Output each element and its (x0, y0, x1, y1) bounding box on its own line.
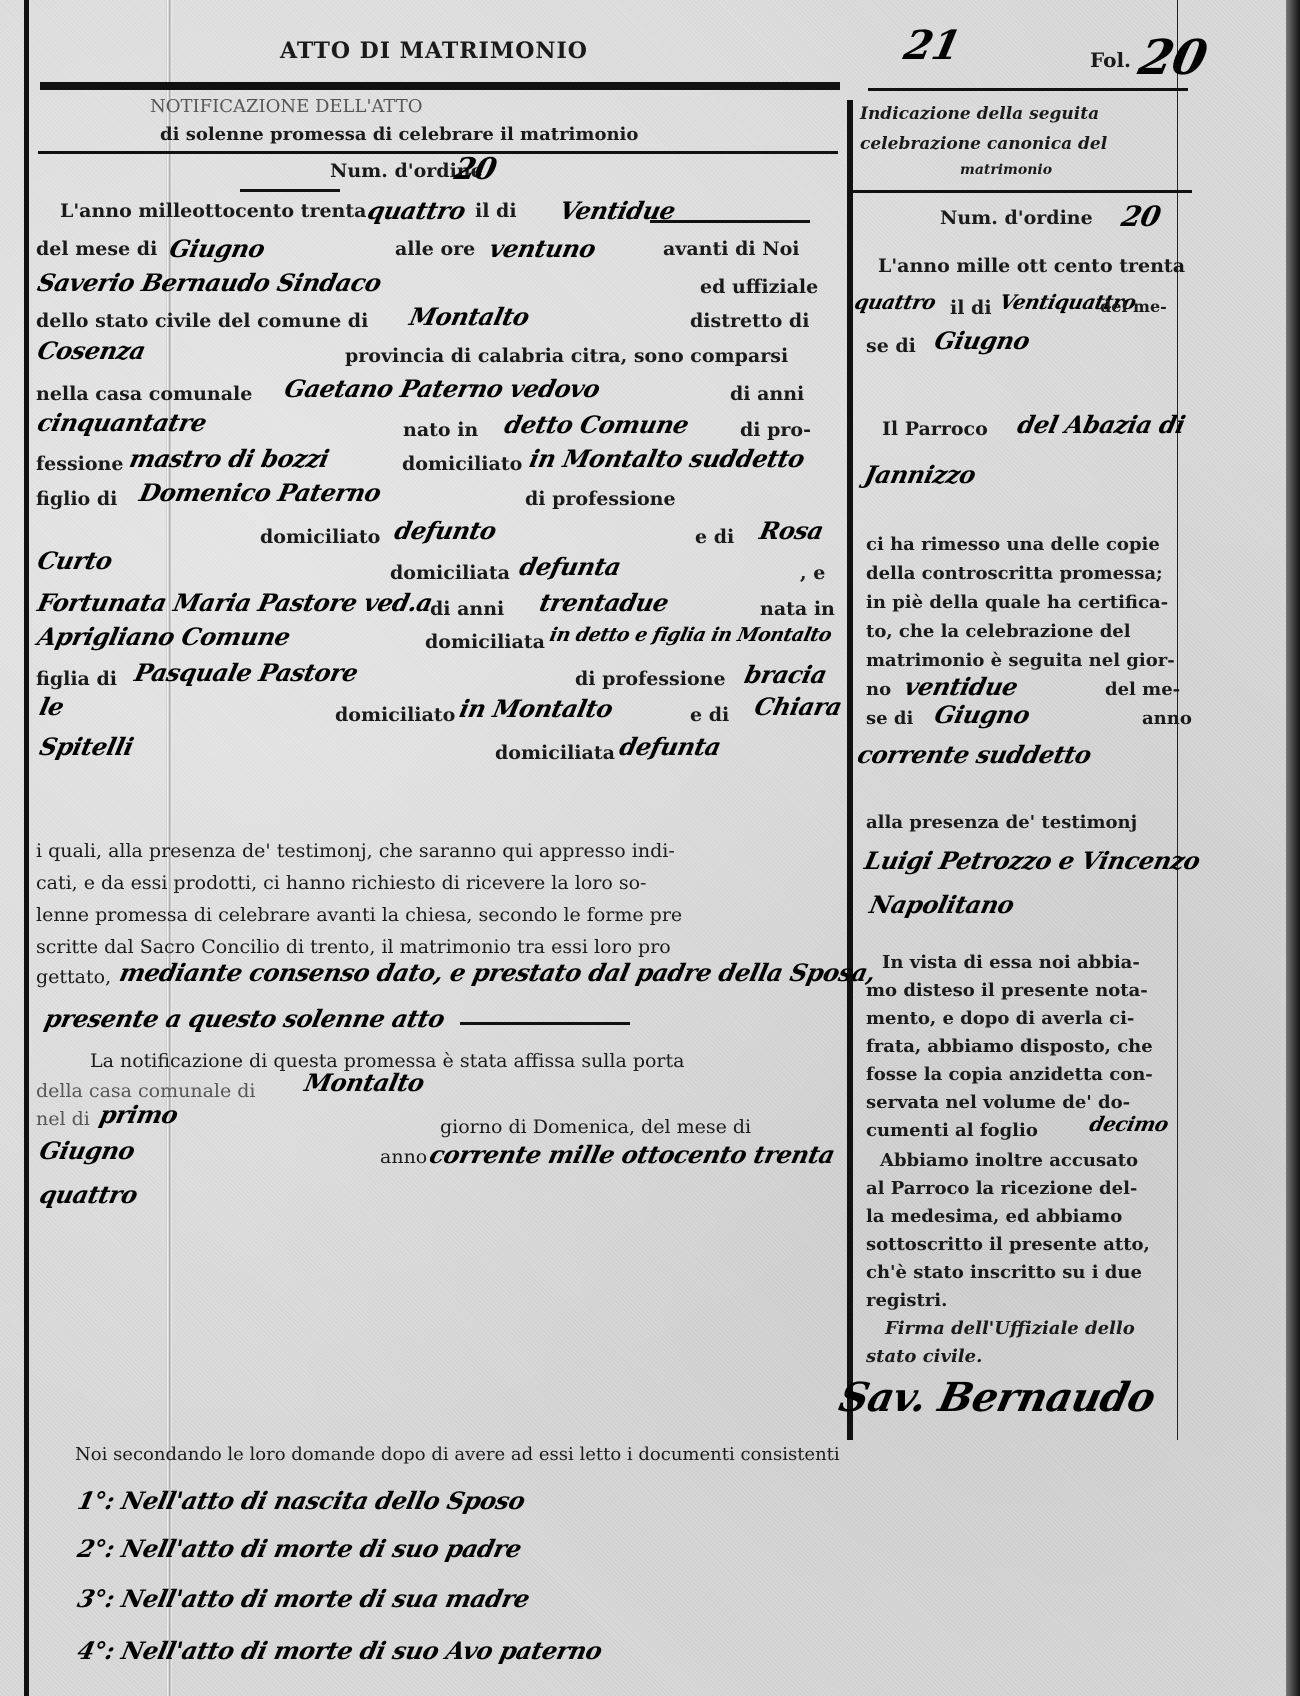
print-text: giorno di Domenica, del mese di (440, 1116, 751, 1138)
print-text: fessione (36, 453, 123, 475)
hand-text: Montalto (407, 302, 532, 331)
print-text: nato in (403, 419, 478, 441)
corner-mark: 21 (900, 22, 965, 69)
paragraph-line: la medesima, ed abbiamo (866, 1206, 1122, 1227)
hand-text: Rosa (757, 516, 826, 545)
hand-text: Curto (35, 546, 115, 575)
hand-text: quattro (37, 1180, 140, 1209)
hand-text: Aprigliano Comune (35, 622, 293, 651)
document-item: 3°: Nell'atto di morte di sua madre (75, 1584, 532, 1613)
hand-text: ventuno (487, 234, 598, 263)
print-text: alle ore (395, 238, 475, 260)
witness-name: Luigi Petrozzo e Vincenzo (862, 846, 1203, 875)
paragraph-line: mento, e dopo di averla ci- (866, 1008, 1134, 1029)
print-text: distretto di (690, 310, 809, 332)
print-text: provincia di calabria citra, sono compar… (345, 345, 788, 367)
print-text: domiciliato (335, 704, 455, 726)
paragraph-line: scritte dal Sacro Concilio di trento, il… (36, 936, 671, 958)
print-text: e di (690, 704, 729, 726)
hand-text: in Montalto suddetto (527, 444, 807, 473)
print-text: se di (866, 335, 916, 357)
right-header-rule (852, 190, 1192, 193)
hand-text: defunto (392, 516, 499, 545)
hand-text: decimo (1087, 1112, 1170, 1136)
print-text: di pro- (740, 419, 811, 441)
page-right-edge (1286, 0, 1300, 1696)
print-text: ed uffiziale (700, 276, 818, 298)
print-text: se di (866, 708, 913, 729)
paragraph-line: della controscritta promessa; (866, 563, 1163, 584)
hand-text: Domenico Paterno (137, 478, 384, 507)
hand-text: Pasquale Pastore (132, 658, 361, 687)
print-text: di anni (730, 383, 804, 405)
right-header-line: matrimonio (960, 162, 1052, 178)
document-item: 1°: Nell'atto di nascita dello Sposo (75, 1486, 528, 1515)
hand-text: Giugno (932, 700, 1032, 729)
hand-text: presente a questo solenne atto (42, 1004, 447, 1033)
print-text: anno (380, 1146, 427, 1168)
paragraph-line: servata nel volume de' do- (866, 1092, 1130, 1113)
print-text: di professione (575, 668, 726, 690)
hand-text: quattro (852, 290, 937, 314)
print-text: e di (695, 526, 734, 548)
print-text: domiciliato (402, 453, 522, 475)
print-text: L'anno milleottocento trenta (60, 200, 366, 222)
hand-text: defunta (617, 732, 724, 761)
paragraph-line: fosse la copia anzidetta con- (866, 1064, 1153, 1085)
paragraph-line: ci ha rimesso una delle copie (866, 534, 1160, 555)
folio-label: Fol. (1090, 48, 1131, 72)
paragraph-line: matrimonio è seguita nel gior- (866, 650, 1175, 671)
print-text: nata in (760, 598, 835, 620)
hand-text: quattro (365, 196, 468, 225)
paragraph-line: registri. (866, 1290, 947, 1311)
fill-dash (650, 220, 810, 223)
right-header-line: Indicazione della seguita (860, 104, 1099, 124)
paragraph-line: lenne promessa di celebrare avanti la ch… (36, 904, 682, 926)
print-text: nella casa comunale (36, 383, 252, 405)
hand-text: Giugno (167, 234, 267, 263)
print-text: dello stato civile del comune di (36, 310, 368, 332)
signature-label: stato civile. (866, 1346, 982, 1367)
paragraph-line: sottoscritto il presente atto, (866, 1234, 1150, 1255)
paragraph-line: in piè della quale ha certifica- (866, 592, 1168, 613)
hand-text: defunta (517, 552, 624, 581)
signature-label: Firma dell'Uffiziale dello (885, 1318, 1135, 1339)
folio-number: 20 (1134, 30, 1212, 86)
hand-text: primo (97, 1100, 181, 1129)
print-text: Il Parroco (882, 418, 988, 440)
print-text: il di (950, 297, 992, 319)
document-item: 2°: Nell'atto di morte di suo padre (75, 1534, 524, 1563)
print-text: figlio di (36, 488, 117, 510)
paragraph-line: cumenti al foglio (866, 1120, 1038, 1141)
header-rule (40, 82, 840, 90)
hand-text: in detto e figlia in Montalto (548, 624, 834, 646)
hand-text: Spitelli (37, 732, 136, 761)
documents-intro: Noi secondando le loro domande dopo di a… (75, 1444, 840, 1465)
hand-text: Giugno (932, 326, 1032, 355)
hand-text: Jannizzo (862, 460, 978, 489)
right-order-number: 20 (1118, 200, 1163, 233)
column-divider (847, 100, 853, 1440)
print-text: anno (1142, 708, 1192, 729)
hand-text: Saverio Bernaudo Sindaco (35, 268, 384, 297)
paragraph-line: mo disteso il presente nota- (866, 980, 1148, 1001)
print-text: avanti di Noi (663, 238, 799, 260)
hand-text: ventidue (902, 672, 1021, 701)
hand-text: corrente suddetto (855, 740, 1094, 769)
register-page: ATTO DI MATRIMONIO 21 Fol. 20 NOTIFICAZI… (0, 0, 1300, 1696)
paragraph-line: i quali, alla presenza de' testimonj, ch… (36, 840, 675, 862)
order-number: 20 (451, 152, 499, 187)
paragraph-line: In vista di essa noi abbia- (882, 952, 1140, 973)
paragraph-line: ch'è stato inscritto su i due (866, 1262, 1142, 1283)
hand-text: le (37, 692, 67, 721)
print-text: del me- (1105, 679, 1180, 700)
subtitle-faded: NOTIFICAZIONE DELL'ATTO (150, 96, 423, 117)
print-text: di professione (525, 488, 676, 510)
paragraph-line: frata, abbiamo disposto, che (866, 1036, 1153, 1057)
hand-text: bracia (742, 660, 829, 689)
subtitle-rule (38, 151, 838, 154)
act-title: ATTO DI MATRIMONIO (280, 38, 588, 64)
hand-text: Giugno (37, 1136, 137, 1165)
print-text: domiciliato (260, 526, 380, 548)
print-text: del me- (1100, 297, 1167, 316)
witness-label: alla presenza de' testimonj (866, 812, 1137, 833)
right-header-line: celebrazione canonica del (860, 134, 1107, 154)
page-binding-edge (24, 0, 29, 1696)
paragraph-line: cati, e da essi prodotti, ci hanno richi… (36, 872, 646, 894)
hand-text: Chiara (752, 692, 845, 721)
print-text: nel di (36, 1108, 90, 1130)
act-subtitle: di solenne promessa di celebrare il matr… (160, 124, 638, 145)
hand-text: del Abazia di (1015, 410, 1188, 439)
print-text: della casa comunale di (36, 1080, 256, 1102)
hand-text: mediante consenso dato, e prestato dal p… (117, 958, 878, 987)
right-order-label: Num. d'ordine (940, 207, 1093, 229)
print-text: no (866, 679, 891, 700)
hand-text: Gaetano Paterno vedovo (282, 374, 603, 403)
ornament-dash (240, 189, 340, 192)
paragraph-line: al Parroco la ricezione del- (866, 1178, 1137, 1199)
official-signature: Sav. Bernaudo (835, 1374, 1159, 1421)
hand-text: trentadue (537, 588, 671, 617)
hand-text: in Montalto (457, 694, 615, 723)
hand-text: Cosenza (35, 336, 148, 365)
hand-text: corrente mille ottocento trenta (427, 1140, 837, 1169)
print-text: domiciliata (425, 631, 545, 653)
hand-text: Fortunata Maria Pastore ved.a (35, 588, 435, 617)
hand-text: mastro di bozzi (127, 444, 332, 473)
witness-name: Napolitano (867, 890, 1017, 919)
print-text: domiciliata (495, 742, 615, 764)
document-item: 4°: Nell'atto di morte di suo Avo patern… (75, 1636, 605, 1665)
print-text: , e (800, 562, 825, 584)
hand-text: detto Comune (502, 410, 691, 439)
hand-text: Montalto (302, 1068, 427, 1097)
print-text: L'anno mille ott cento trenta (878, 255, 1185, 277)
print-text: di anni (430, 598, 504, 620)
fill-dash (460, 1022, 630, 1025)
print-text: del mese di (36, 238, 157, 260)
print-text: domiciliata (390, 562, 510, 584)
hand-text: cinquantatre (35, 408, 209, 437)
right-header-rule (868, 88, 1188, 91)
print-text: il di (475, 200, 517, 222)
paragraph-line: Abbiamo inoltre accusato (880, 1150, 1138, 1171)
paragraph-line: to, che la celebrazione del (866, 621, 1131, 642)
paragraph-line: gettato, (36, 966, 111, 988)
print-text: figlia di (36, 668, 117, 690)
